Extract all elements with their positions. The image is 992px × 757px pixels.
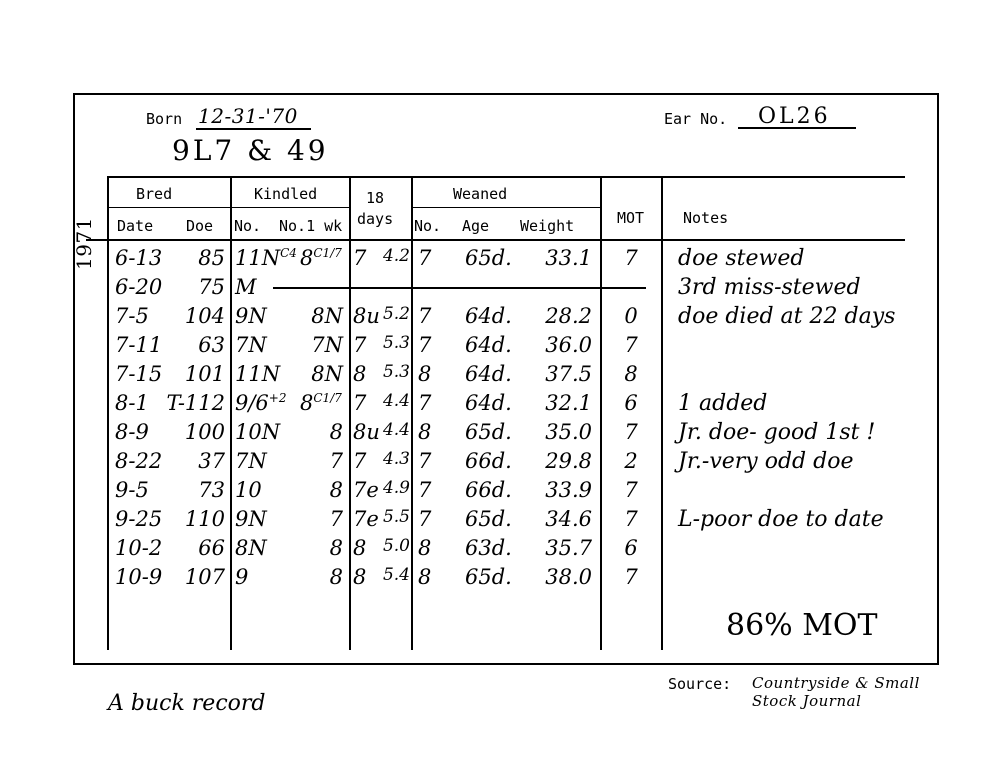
source-line-2: Stock Journal bbox=[752, 692, 861, 710]
cell-d18: 8u bbox=[353, 304, 380, 328]
cell-date: 8-9 bbox=[115, 420, 149, 444]
cell-d18w: 5.3 bbox=[383, 362, 410, 382]
row-note: doe died at 22 days bbox=[678, 304, 895, 329]
cell-weight: 33.9 bbox=[545, 478, 592, 502]
cell-mot: 6 bbox=[624, 536, 637, 560]
cell-kno: 10N bbox=[235, 420, 280, 444]
parents: 9L7 & 49 bbox=[172, 134, 329, 167]
cell-wno: 7 bbox=[418, 333, 431, 357]
header-date: Date bbox=[117, 217, 153, 235]
cell-mot: 7 bbox=[624, 507, 637, 531]
col-rule-2 bbox=[230, 176, 232, 650]
cell-wk: 8N bbox=[311, 304, 343, 328]
cell-d18w: 4.3 bbox=[383, 449, 410, 469]
born-label: Born bbox=[146, 110, 182, 128]
cell-wno: 8 bbox=[418, 362, 431, 386]
cell-age: 66d. bbox=[465, 478, 512, 502]
cell-kno: 7N bbox=[235, 333, 267, 357]
header-weaned: Weaned bbox=[453, 185, 507, 203]
cell-d18: 7e bbox=[353, 507, 379, 531]
cell-wno: 7 bbox=[418, 507, 431, 531]
row-note: Jr. doe- good 1st ! bbox=[678, 420, 875, 445]
cell-date: 10-9 bbox=[115, 565, 162, 589]
cell-date: 7-5 bbox=[115, 304, 149, 328]
cell-date: 10-2 bbox=[115, 536, 162, 560]
miss-row-strike bbox=[273, 287, 646, 289]
cell-d18: 7 bbox=[353, 449, 366, 473]
cell-age: 64d. bbox=[465, 304, 512, 328]
cell-kno: 11N bbox=[235, 362, 280, 386]
col-rule-4 bbox=[411, 176, 413, 650]
cell-wno: 7 bbox=[418, 391, 431, 415]
cell-wk: 8 bbox=[330, 565, 343, 589]
cell-mot: 7 bbox=[624, 246, 637, 270]
cell-kno: 9N bbox=[235, 507, 267, 531]
header-bred: Bred bbox=[136, 185, 172, 203]
cell-mot: 2 bbox=[624, 449, 637, 473]
cell-age: 64d. bbox=[465, 362, 512, 386]
cell-kno: 9/6+2 bbox=[235, 391, 287, 415]
cell-wno: 7 bbox=[418, 246, 431, 270]
subheader-rule-right bbox=[411, 207, 601, 208]
cell-wno: 8 bbox=[418, 536, 431, 560]
cell-wk: 8N bbox=[311, 362, 343, 386]
header-kindled-no: No. bbox=[234, 217, 261, 235]
cell-wk: 8C1/7 bbox=[300, 391, 342, 415]
cell-mot: 0 bbox=[624, 304, 637, 328]
source-label: Source: bbox=[668, 675, 731, 693]
cell-mot: 7 bbox=[624, 333, 637, 357]
cell-d18w: 5.4 bbox=[383, 565, 410, 585]
cell-d18: 7e bbox=[353, 478, 379, 502]
header-days: days bbox=[357, 210, 393, 228]
cell-weight: 37.5 bbox=[545, 362, 592, 386]
col-rule-5 bbox=[600, 176, 602, 650]
cell-weight: 36.0 bbox=[545, 333, 592, 357]
col-rule-1 bbox=[107, 176, 109, 650]
ear-value: OL26 bbox=[758, 104, 831, 129]
cell-d18: 7 bbox=[353, 391, 366, 415]
source-line-1: Countryside & Small bbox=[752, 674, 920, 692]
cell-kno: 8N bbox=[235, 536, 267, 560]
cell-wno: 7 bbox=[418, 304, 431, 328]
row-note: 3rd miss-stewed bbox=[678, 275, 861, 300]
header-kindled-wk: No.1 wk bbox=[279, 217, 342, 235]
cell-d18: 8 bbox=[353, 565, 366, 589]
cell-d18w: 4.2 bbox=[383, 246, 410, 266]
cell-mot: 7 bbox=[624, 478, 637, 502]
cell-age: 64d. bbox=[465, 391, 512, 415]
row-note: L-poor doe to date bbox=[678, 507, 884, 532]
cell-weight: 34.6 bbox=[545, 507, 592, 531]
cell-d18w: 4.4 bbox=[383, 420, 410, 440]
cell-d18: 7 bbox=[353, 333, 366, 357]
ear-underline bbox=[738, 127, 856, 129]
cell-d18: 7 bbox=[353, 246, 366, 270]
cell-mot: 6 bbox=[624, 391, 637, 415]
cell-d18w: 5.0 bbox=[383, 536, 410, 556]
cell-wk: 7 bbox=[330, 507, 343, 531]
cell-kno: 7N bbox=[235, 449, 267, 473]
header-age: Age bbox=[462, 217, 489, 235]
cell-wk: 7N bbox=[311, 333, 343, 357]
table-top-rule bbox=[108, 176, 905, 178]
cell-d18w: 5.2 bbox=[383, 304, 410, 324]
cell-date: 7-11 bbox=[115, 333, 162, 357]
header-mot: MOT bbox=[617, 209, 644, 227]
cell-d18: 8 bbox=[353, 362, 366, 386]
header-18: 18 bbox=[366, 189, 384, 207]
subheader-rule-left bbox=[108, 207, 350, 208]
cell-mot: 7 bbox=[624, 565, 637, 589]
cell-doe: 73 bbox=[198, 478, 225, 502]
cell-doe: 37 bbox=[198, 449, 225, 473]
cell-age: 64d. bbox=[465, 333, 512, 357]
col-rule-6 bbox=[661, 176, 663, 650]
cell-doe: 85 bbox=[198, 246, 225, 270]
cell-weight: 35.0 bbox=[545, 420, 592, 444]
cell-age: 65d. bbox=[465, 507, 512, 531]
cell-doe: T-112 bbox=[167, 391, 225, 415]
cell-age: 65d. bbox=[465, 246, 512, 270]
cell-wno: 7 bbox=[418, 478, 431, 502]
cell-kno: 11NC4 bbox=[235, 246, 297, 270]
cell-age: 66d. bbox=[465, 449, 512, 473]
header-kindled: Kindled bbox=[254, 185, 317, 203]
cell-doe: 104 bbox=[185, 304, 225, 328]
cell-date: 8-22 bbox=[115, 449, 162, 473]
cell-kno: 9N bbox=[235, 304, 267, 328]
row-note: doe stewed bbox=[678, 246, 804, 271]
row-note: 1 added bbox=[678, 391, 767, 416]
cell-kno: 9 bbox=[235, 565, 248, 589]
cell-wk: 8C1/7 bbox=[300, 246, 342, 270]
born-underline bbox=[196, 128, 311, 130]
cell-doe: 100 bbox=[185, 420, 225, 444]
header-doe: Doe bbox=[186, 217, 213, 235]
cell-date: 7-15 bbox=[115, 362, 162, 386]
caption: A buck record bbox=[108, 691, 265, 716]
col-rule-3 bbox=[349, 176, 351, 650]
header-weaned-no: No. bbox=[414, 217, 441, 235]
cell-doe: 63 bbox=[198, 333, 225, 357]
cell-doe: 75 bbox=[198, 275, 225, 299]
cell-kno: M bbox=[235, 275, 257, 299]
cell-kno: 10 bbox=[235, 478, 262, 502]
cell-age: 65d. bbox=[465, 420, 512, 444]
cell-mot: 8 bbox=[624, 362, 637, 386]
cell-age: 65d. bbox=[465, 565, 512, 589]
year-label: 1971 bbox=[72, 217, 96, 270]
cell-date: 6-20 bbox=[115, 275, 162, 299]
mot-summary: 86% MOT bbox=[726, 608, 878, 643]
cell-doe: 110 bbox=[185, 507, 225, 531]
cell-weight: 32.1 bbox=[545, 391, 592, 415]
cell-date: 9-5 bbox=[115, 478, 149, 502]
header-notes: Notes bbox=[683, 209, 728, 227]
cell-doe: 101 bbox=[185, 362, 225, 386]
cell-d18: 8 bbox=[353, 536, 366, 560]
cell-wk: 7 bbox=[330, 449, 343, 473]
cell-d18w: 5.3 bbox=[383, 333, 410, 353]
cell-d18: 8u bbox=[353, 420, 380, 444]
cell-wk: 8 bbox=[330, 536, 343, 560]
cell-wno: 7 bbox=[418, 449, 431, 473]
cell-date: 9-25 bbox=[115, 507, 162, 531]
cell-weight: 33.1 bbox=[545, 246, 592, 270]
cell-weight: 29.8 bbox=[545, 449, 592, 473]
cell-date: 6-13 bbox=[115, 246, 162, 270]
born-value: 12-31-'70 bbox=[198, 104, 298, 128]
cell-d18w: 4.4 bbox=[383, 391, 410, 411]
cell-d18w: 4.9 bbox=[383, 478, 410, 498]
header-weight: Weight bbox=[520, 217, 574, 235]
ear-label: Ear No. bbox=[664, 110, 727, 128]
cell-wk: 8 bbox=[330, 420, 343, 444]
cell-doe: 66 bbox=[198, 536, 225, 560]
cell-wno: 8 bbox=[418, 565, 431, 589]
cell-weight: 35.7 bbox=[545, 536, 592, 560]
cell-weight: 38.0 bbox=[545, 565, 592, 589]
cell-age: 63d. bbox=[465, 536, 512, 560]
cell-date: 8-1 bbox=[115, 391, 149, 415]
header-bottom-rule bbox=[86, 239, 905, 241]
cell-weight: 28.2 bbox=[545, 304, 592, 328]
cell-wno: 8 bbox=[418, 420, 431, 444]
cell-mot: 7 bbox=[624, 420, 637, 444]
cell-d18w: 5.5 bbox=[383, 507, 410, 527]
cell-wk: 8 bbox=[330, 478, 343, 502]
cell-doe: 107 bbox=[185, 565, 225, 589]
row-note: Jr.-very odd doe bbox=[678, 449, 853, 474]
